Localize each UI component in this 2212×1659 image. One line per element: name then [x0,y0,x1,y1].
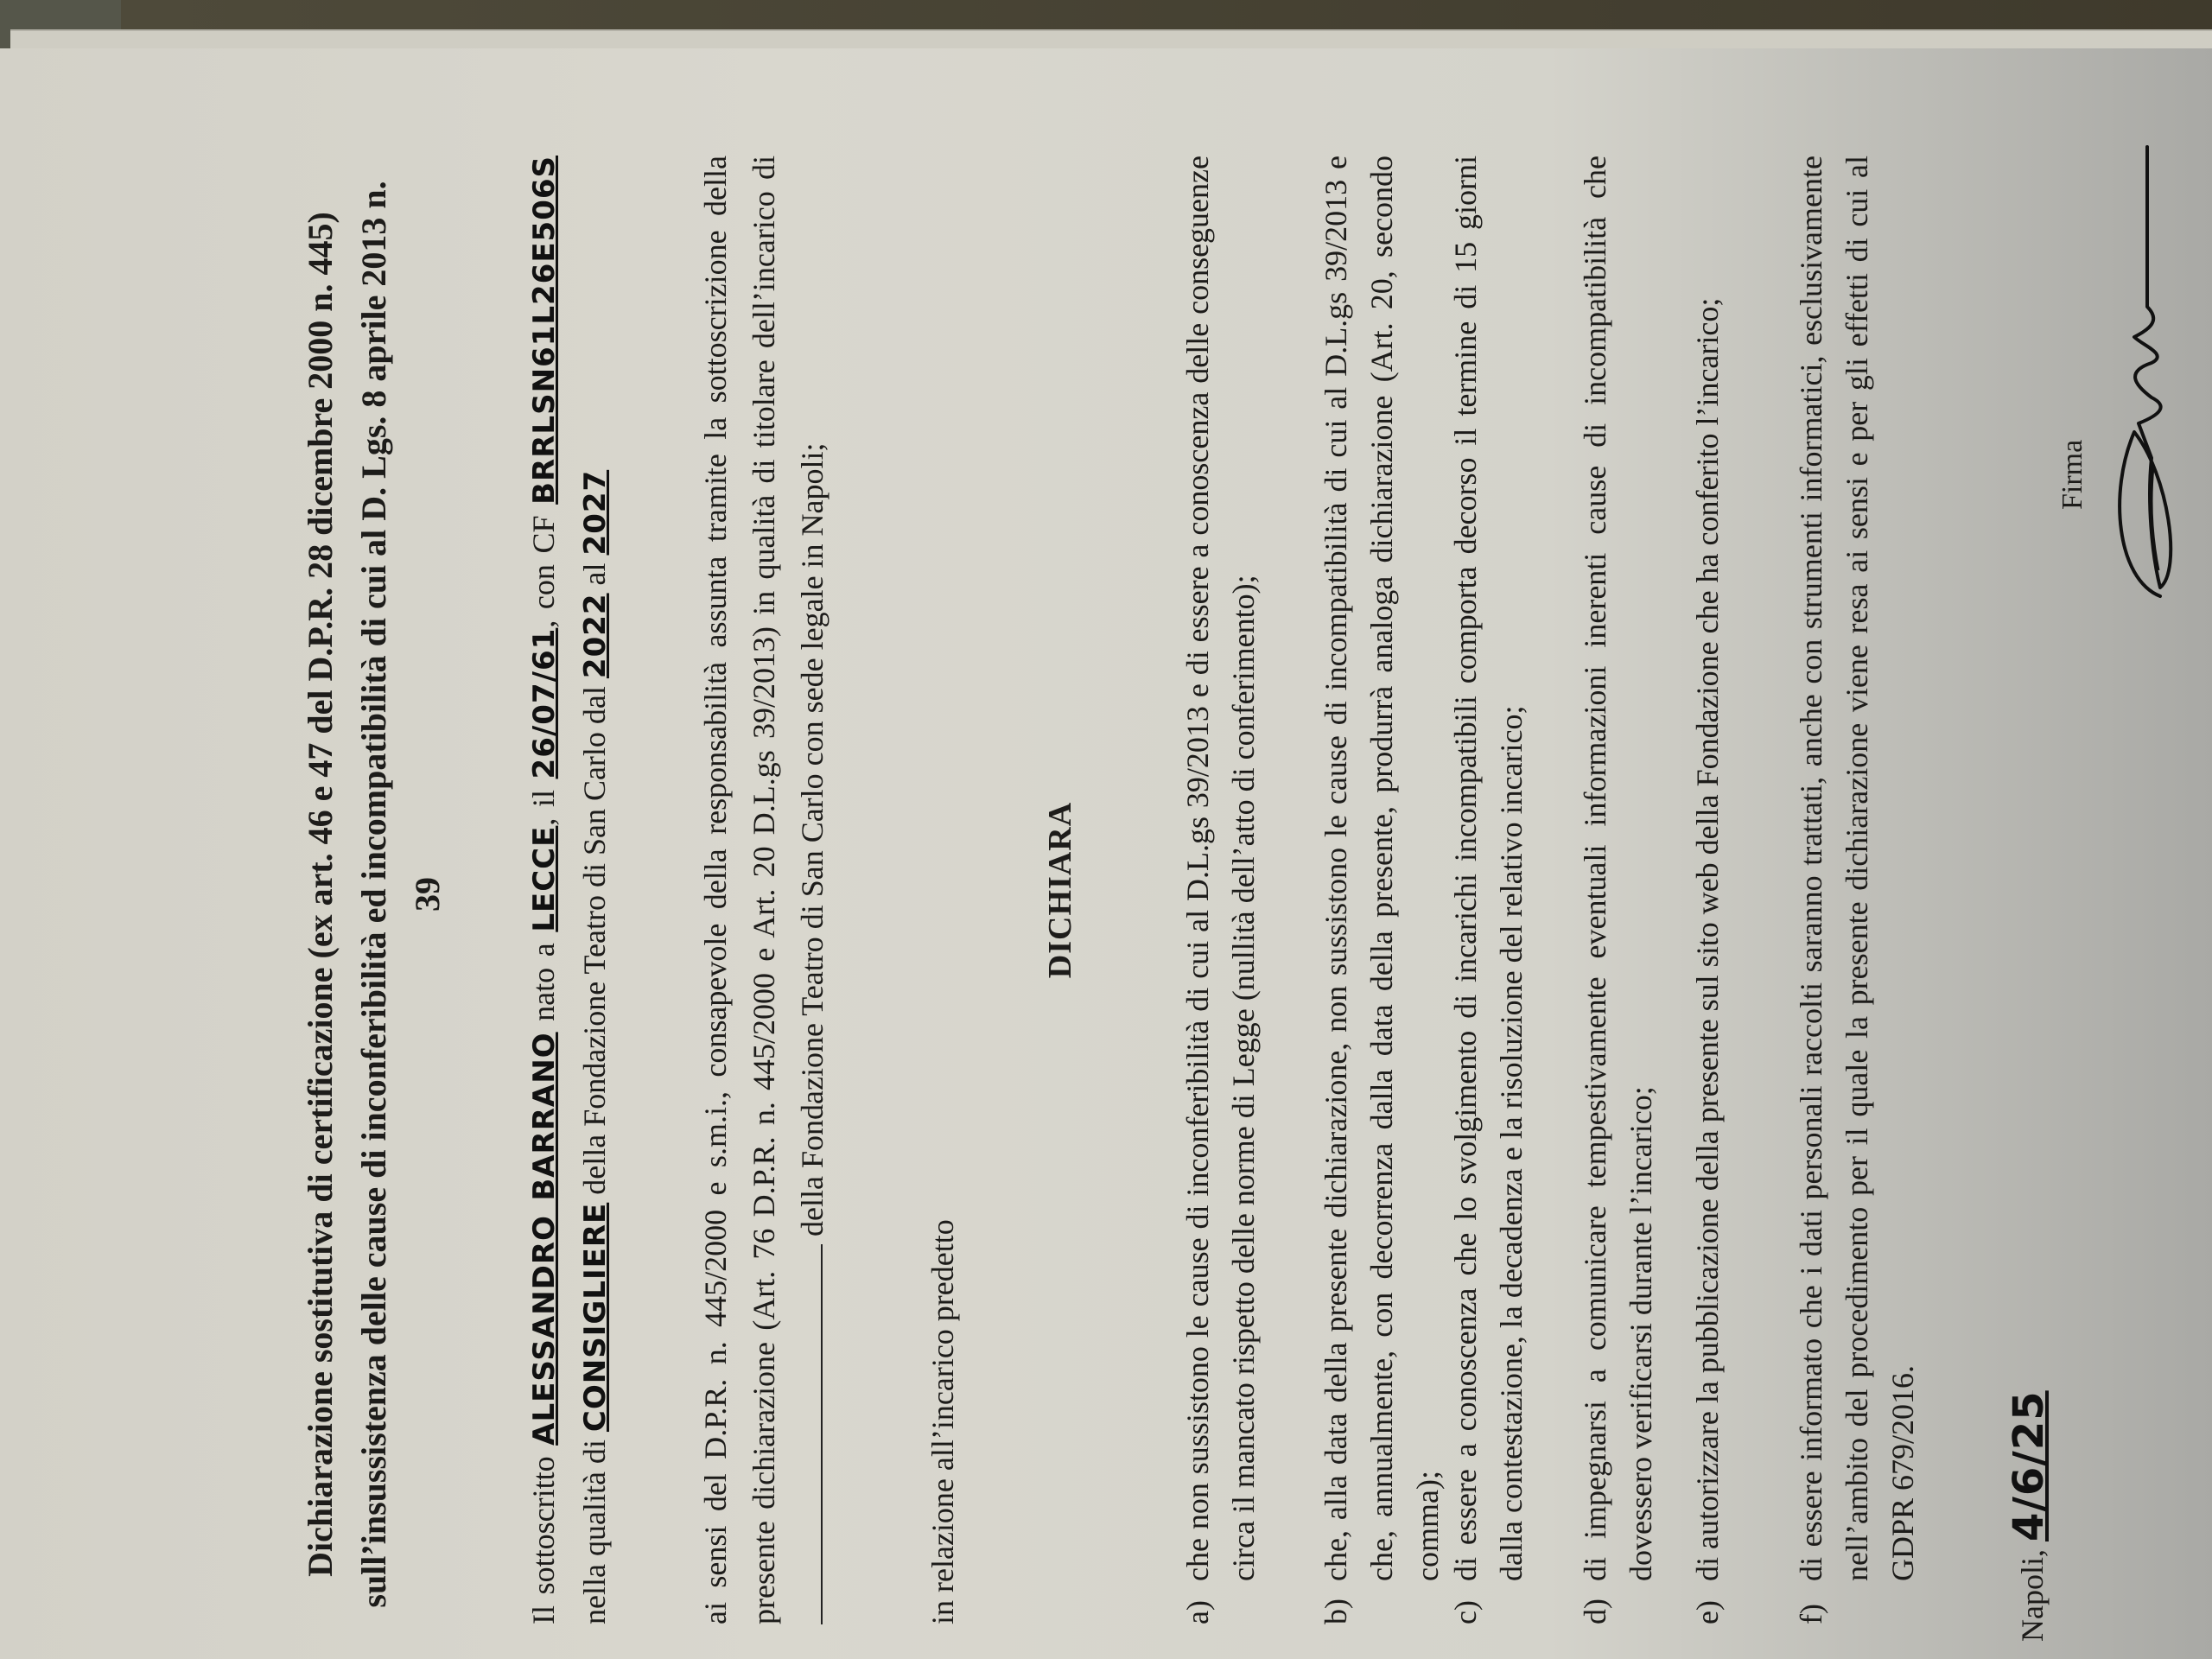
intro-text-2: nato a [526,943,561,1021]
relation-text: in relazione all’incarico predetto [925,1219,961,1624]
document-title: Dichiarazione sostitutiva di certificazi… [294,164,454,1624]
place-label: Napoli, [2015,1549,2050,1642]
intro-text-6: della Fondazione Teatro di San Carlo dal [577,686,612,1195]
signature-icon[interactable] [2100,138,2212,605]
role-field[interactable]: CONSIGLIERE [578,1203,613,1432]
assignment-blank-field[interactable] [795,1244,823,1624]
declaration-item-label: b) [1313,1599,1359,1624]
declaration-item-text: di essere informato che i dati personali… [1794,156,1920,1581]
declaration-item-text: che, alla data della presente dichiarazi… [1319,156,1445,1581]
from-year-field[interactable]: 2022 [578,593,613,678]
to-year-field[interactable]: 2027 [578,470,613,556]
declarant-name-field[interactable]: ALESSANDRO BARRANO [527,1032,562,1445]
legal-basis-text: ai sensi del D.P.R. n. 445/2000 e s.m.i.… [698,156,781,1624]
declaration-item-label: a) [1175,1600,1221,1624]
declaration-item-text: che non sussistono le cause di inconferi… [1180,156,1261,1581]
intro-text-7: al [577,563,612,585]
declaration-item: c)di essere a conoscenza che lo svolgime… [1443,156,1535,1624]
tax-code-field[interactable]: BRRLSN61L26E506S [527,156,562,505]
intro-text-3: , il [526,790,561,826]
declaration-item: e)di autorizzare la pubblicazione della … [1685,156,1731,1624]
legal-basis-paragraph: ai sensi del D.P.R. n. 445/2000 e s.m.i.… [691,156,836,1624]
declaration-item-label: f) [1789,1604,1834,1624]
declaration-item-text: di impegnarsi a comunicare tempestivamen… [1578,156,1658,1581]
declares-heading: DICHIARA [1041,138,1079,1642]
declaration-item: a)che non sussistono le cause di inconfe… [1175,156,1267,1624]
declaration-item: d)di impegnarsi a comunicare tempestivam… [1573,156,1664,1624]
place-date: Napoli, 4/6/25 [2005,1317,2053,1642]
declaration-item-text: di autorizzare la pubblicazione della pr… [1690,298,1725,1581]
birthplace-field[interactable]: LECCE [527,826,562,932]
declaration-item-text: di essere a conoscenza che lo svolgiment… [1448,156,1529,1581]
birthdate-field[interactable]: 26/07/61 [527,628,562,779]
declarant-paragraph: Il sottoscritto ALESSANDRO BARRANO nato … [518,156,620,1624]
intro-text-4: , con CF [526,515,561,627]
signature-label: Firma [2056,440,2089,510]
declaration-item: b)che, alla data della presente dichiara… [1313,156,1451,1624]
declaration-item: f)di essere informato che i dati persona… [1789,156,1926,1624]
legal-basis-text-2: della Fondazione Teatro di San Carlo con… [795,442,829,1236]
intro-text-1: Il sottoscritto [526,1456,561,1624]
declaration-item-label: d) [1573,1599,1618,1624]
intro-text-5: nella qualità di [577,1440,612,1624]
declaration-item-label: e) [1685,1600,1731,1624]
date-field[interactable]: 4/6/25 [2005,1317,2053,1541]
declaration-item-label: c) [1443,1600,1489,1624]
document-content: Dichiarazione sostitutiva di certificazi… [285,138,2186,1642]
